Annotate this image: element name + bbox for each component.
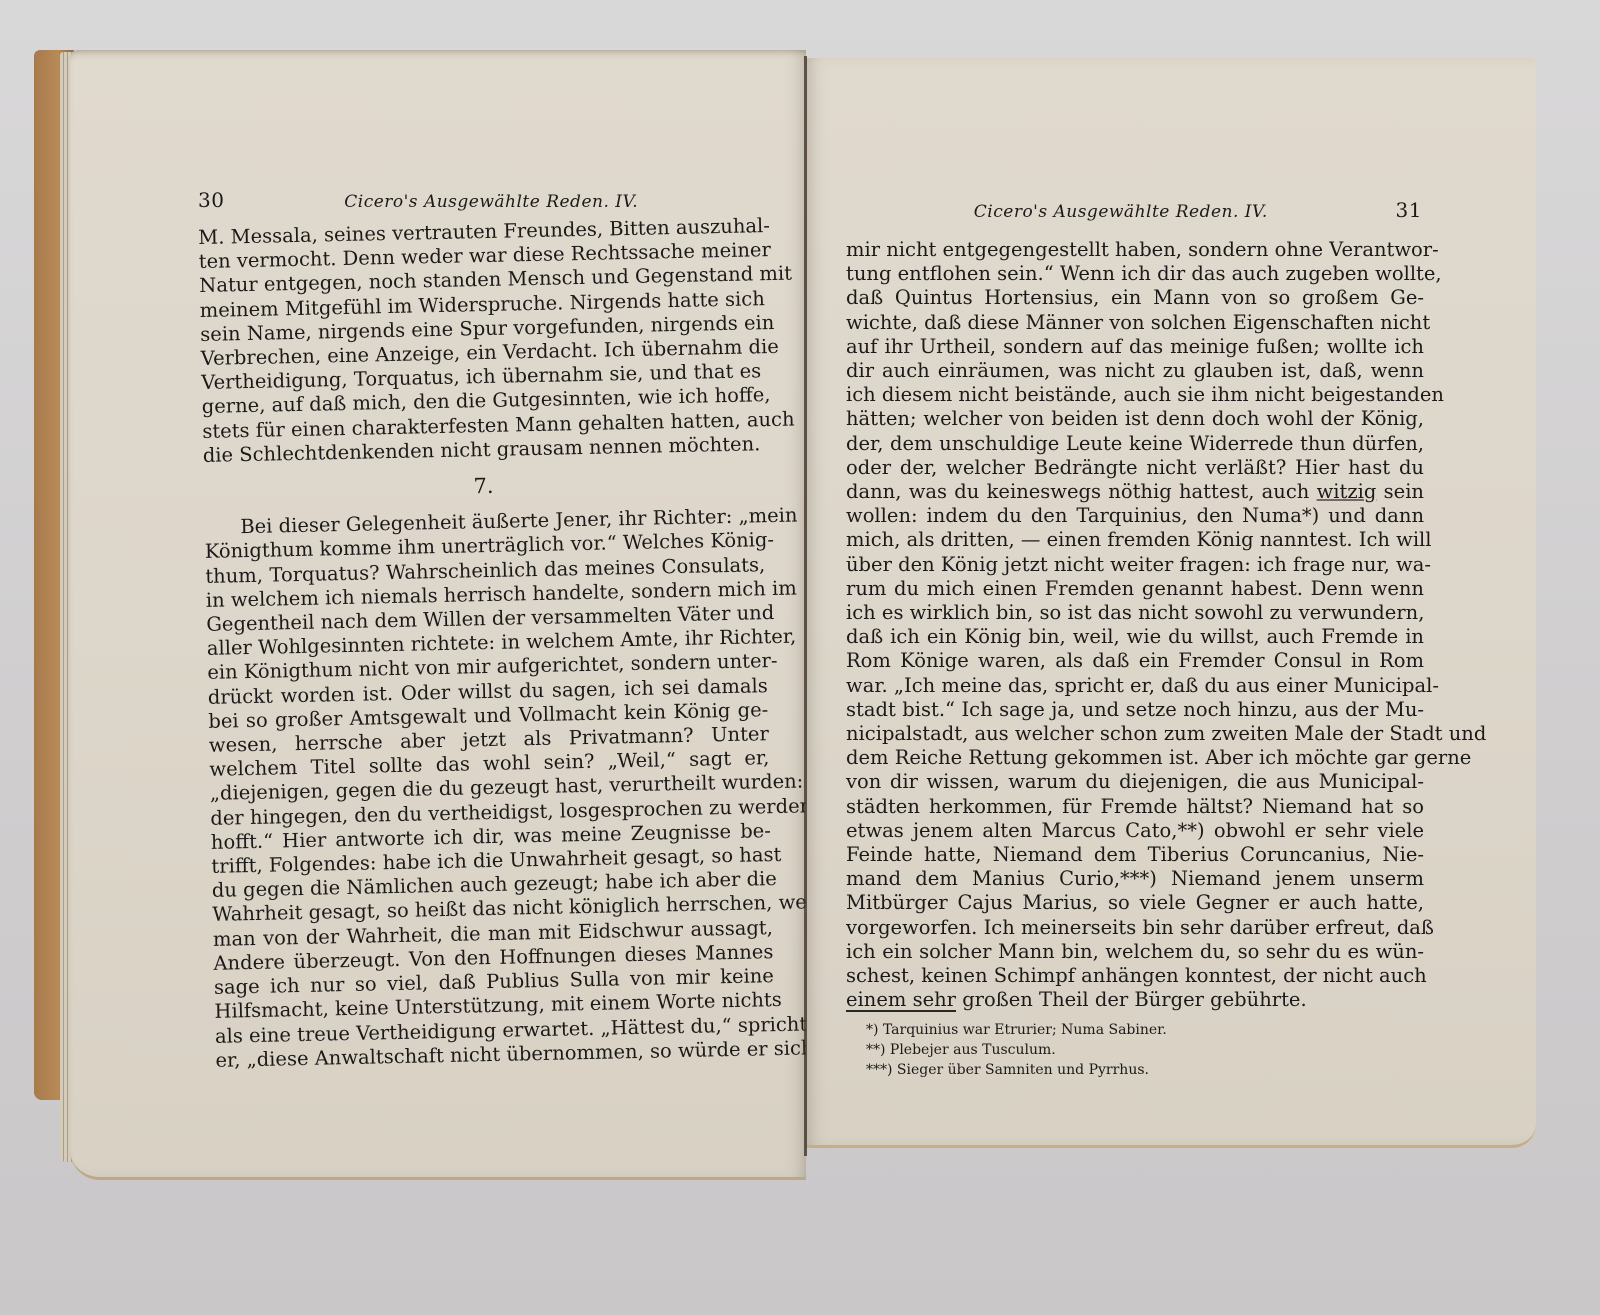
text-line: wichte, daß diese Männer von solchen Eig… (846, 311, 1424, 335)
left-page-number: 30 (198, 188, 224, 212)
text-line: mich, als dritten, — einen fremden König… (846, 528, 1424, 552)
right-body-text: mir nicht entgegengestellt haben, sonder… (846, 238, 1424, 1013)
section-number: 7. (203, 468, 763, 504)
text-line: Feinde hatte, Niemand dem Tiberius Corun… (846, 843, 1424, 867)
text-line: vorgeworfen. Ich meinerseits bin sehr da… (846, 916, 1424, 940)
text-line: schest, keinen Schimpf anhängen konntest… (846, 964, 1424, 988)
text-line: stadt bist.“ Ich sage ja, und setze noch… (846, 698, 1424, 722)
text-line: der, dem unschuldige Leute keine Widerre… (846, 432, 1424, 456)
text-line: ich ein solcher Mann bin, welchem du, so… (846, 940, 1424, 964)
left-page: 30 Cicero's Ausgewählte Reden. IV. M. Me… (70, 50, 806, 1180)
text-line: hätten; welcher von beiden ist denn doch… (846, 407, 1424, 431)
text-line: auf ihr Urtheil, sondern auf das meinige… (846, 335, 1424, 359)
left-running-title: Cicero's Ausgewählte Reden. IV. (224, 192, 758, 212)
text-line: ich diesem nicht beistände, auch sie ihm… (846, 383, 1424, 407)
text-line: Mitbürger Cajus Marius, so viele Gegner … (846, 891, 1424, 915)
footnotes: *) Tarquinius war Etrurier; Numa Sabiner… (866, 1020, 1167, 1080)
right-page-number: 31 (1396, 198, 1422, 222)
text-line: über den König jetzt nicht weiter fragen… (846, 553, 1424, 577)
text-line: nicipalstadt, aus welcher schon zum zwei… (846, 722, 1424, 746)
text-line: war. „Ich meine das, spricht er, daß du … (846, 674, 1424, 698)
text-line: von dir wissen, warum du diejenigen, die… (846, 770, 1424, 794)
footnote-divider (846, 1010, 956, 1012)
text-line: dir auch einräumen, was nicht zu glauben… (846, 359, 1424, 383)
text-line: oder der, welcher Bedrängte nicht verläß… (846, 456, 1424, 480)
text-line: wollen: indem du den Tarquinius, den Num… (846, 504, 1424, 528)
footnote: *) Tarquinius war Etrurier; Numa Sabiner… (866, 1020, 1167, 1040)
right-page: Cicero's Ausgewählte Reden. IV. 31 mir n… (806, 58, 1536, 1148)
right-running-title: Cicero's Ausgewählte Reden. IV. (846, 202, 1396, 222)
text-line: mir nicht entgegengestellt haben, sonder… (846, 238, 1424, 262)
book-gutter (804, 56, 807, 1156)
text-line: ich es wirklich bin, so ist das nicht so… (846, 601, 1424, 625)
footnote: ***) Sieger über Samniten und Pyrrhus. (866, 1060, 1167, 1080)
left-body-text: M. Messala, seines vertrauten Freundes, … (198, 214, 776, 1072)
text-line: mand dem Manius Curio,***) Niemand jenem… (846, 867, 1424, 891)
text-line: Rom Könige waren, als daß ein Fremder Co… (846, 649, 1424, 673)
right-running-head: Cicero's Ausgewählte Reden. IV. 31 (846, 198, 1422, 222)
text-line: einem sehr großen Theil der Bürger gebüh… (846, 988, 1424, 1012)
text-line: etwas jenem alten Marcus Cato,**) obwohl… (846, 819, 1424, 843)
left-running-head: 30 Cicero's Ausgewählte Reden. IV. (198, 188, 758, 212)
text-line-underlined-mark: dann, was du keineswegs nöthig hattest, … (846, 480, 1424, 504)
text-line: dem Reiche Rettung gekommen ist. Aber ic… (846, 746, 1424, 770)
text-line: daß Quintus Hortensius, ein Mann von so … (846, 286, 1424, 310)
text-line: städten herkommen, für Fremde hältst? Ni… (846, 795, 1424, 819)
text-line: tung entflohen sein.“ Wenn ich dir das a… (846, 262, 1424, 286)
footnote: **) Plebejer aus Tusculum. (866, 1040, 1167, 1060)
text-line: rum du mich einen Fremden genannt habest… (846, 577, 1424, 601)
text-line: daß ich ein König bin, weil, wie du will… (846, 625, 1424, 649)
pencil-underline: witzig (1317, 480, 1377, 503)
